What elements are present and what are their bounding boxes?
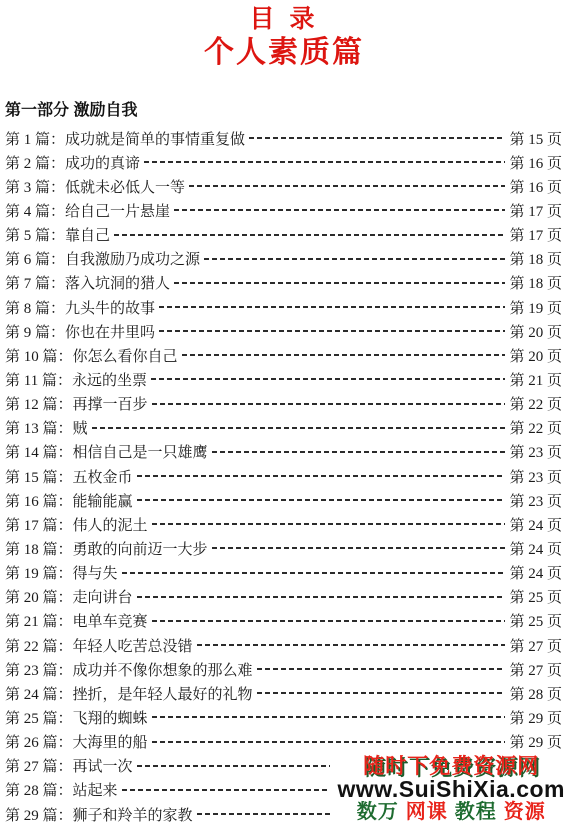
toc-dash-leader [197,644,506,646]
toc-entry-label: 第 13 篇：贼 [5,417,88,438]
toc-dash-leader [204,258,505,260]
toc-entry-page: 第 18 页 [509,272,562,293]
toc-entry: 第 4 篇：给自己一片悬崖 第 17 页 [5,198,562,222]
toc-dash-leader [174,282,505,284]
toc-entry-label: 第 17 篇：伟人的泥土 [5,514,148,535]
page-subtitle: 个人素质篇 [0,35,568,70]
toc-entry-label: 第 8 篇：九头牛的故事 [5,297,155,318]
toc-entry-page: 第 29 页 [509,731,562,752]
toc-dash-leader [189,185,505,187]
toc-entry-label: 第 22 篇：年轻人吃苦总没错 [5,635,193,656]
toc-dash-leader [152,523,506,525]
toc-dash-leader [174,209,505,211]
toc-entry: 第 1 篇：成功就是简单的事情重复做 第 15 页 [5,126,562,150]
toc-dash-leader [182,354,506,356]
toc-entry-label: 第 9 篇：你也在井里吗 [5,321,155,342]
toc-entry-page: 第 17 页 [509,200,562,221]
toc-entry: 第 9 篇：你也在井里吗 第 20 页 [5,319,562,343]
toc-entry-page: 第 18 页 [509,248,562,269]
toc-entry-page: 第 20 页 [509,321,562,342]
toc-entry-page: 第 22 页 [509,393,562,414]
toc-entry: 第 2 篇：成功的真谛 第 16 页 [5,150,562,174]
watermark-tagline-word: 数万 [357,801,399,823]
toc-dash-leader [212,451,506,453]
toc-entry-label: 第 23 篇：成功并不像你想象的那么难 [5,659,253,680]
toc-entry: 第 18 篇：勇敢的向前迈一大步 第 24 页 [5,536,562,560]
toc-entry-label: 第 29 篇：狮子和羚羊的家教 [5,804,193,825]
toc-entry-page: 第 25 页 [509,610,562,631]
toc-entry: 第 24 篇：挫折，是年轻人最好的礼物 第 28 页 [5,681,562,705]
document-page: 目 录 个人素质篇 第一部分 激励自我 第 1 篇：成功就是简单的事情重复做 第… [0,0,568,826]
toc-entry: 第 19 篇：得与失 第 24 页 [5,561,562,585]
toc-entry-label: 第 19 篇：得与失 [5,562,118,583]
toc-dash-leader [152,716,506,718]
toc-entry-label: 第 21 篇：电单车竞赛 [5,610,148,631]
toc-entry: 第 11 篇：永远的坐票 第 21 页 [5,367,562,391]
toc-dash-leader [257,668,506,670]
toc-entry: 第 10 篇：你怎么看你自己 第 20 页 [5,343,562,367]
toc-entry-label: 第 6 篇：自我激励乃成功之源 [5,248,200,269]
toc-entry: 第 6 篇：自我激励乃成功之源 第 18 页 [5,247,562,271]
toc-entry: 第 23 篇：成功并不像你想象的那么难 第 27 页 [5,657,562,681]
toc-entry-page: 第 23 页 [509,490,562,511]
toc-dash-leader [257,692,506,694]
toc-entry-label: 第 25 篇：飞翔的蜘蛛 [5,707,148,728]
toc-entry: 第 3 篇：低就未必低人一等 第 16 页 [5,174,562,198]
toc-entry-label: 第 5 篇：靠自己 [5,224,110,245]
toc-entry-label: 第 12 篇：再撑一百步 [5,393,148,414]
toc-entry: 第 13 篇：贼 第 22 页 [5,416,562,440]
toc-entry-label: 第 7 篇：落入坑洞的猎人 [5,272,170,293]
watermark-tagline-word: 资源 [504,801,546,823]
toc-entry-page: 第 23 页 [509,466,562,487]
toc-entry-page: 第 29 页 [509,707,562,728]
toc-dash-leader [92,427,506,429]
toc-entry: 第 16 篇：能输能赢 第 23 页 [5,488,562,512]
toc-entry-label: 第 20 篇：走向讲台 [5,586,133,607]
toc-dash-leader [151,378,506,380]
toc-entry-page: 第 20 页 [509,345,562,366]
toc-dash-leader [159,330,505,332]
toc-dash-leader [144,161,505,163]
toc-dash-leader [137,596,506,598]
toc-entry-label: 第 14 篇：相信自己是一只雄鹰 [5,441,208,462]
toc-entry-page: 第 24 页 [509,514,562,535]
toc-dash-leader [159,306,505,308]
toc-entry-label: 第 27 篇：再试一次 [5,755,133,776]
section-heading: 第一部分 激励自我 [5,101,568,121]
toc-entry: 第 20 篇：走向讲台 第 25 页 [5,585,562,609]
toc-entry-page: 第 16 页 [509,176,562,197]
toc-entry: 第 22 篇：年轻人吃苦总没错 第 27 页 [5,633,562,657]
toc-dash-leader [137,499,506,501]
toc-entry-page: 第 23 页 [509,441,562,462]
toc-entry-page: 第 19 页 [509,297,562,318]
toc-entry-page: 第 21 页 [509,369,562,390]
toc-entry-label: 第 10 篇：你怎么看你自己 [5,345,178,366]
toc-entry-label: 第 18 篇：勇敢的向前迈一大步 [5,538,208,559]
toc-entry: 第 8 篇：九头牛的故事 第 19 页 [5,295,562,319]
toc-dash-leader [212,547,506,549]
toc-entry-label: 第 2 篇：成功的真谛 [5,152,140,173]
toc-entry: 第 25 篇：飞翔的蜘蛛 第 29 页 [5,705,562,729]
toc-entry-page: 第 17 页 [509,224,562,245]
toc-entry-label: 第 24 篇：挫折，是年轻人最好的礼物 [5,683,253,704]
toc-entry-label: 第 16 篇：能输能赢 [5,490,133,511]
toc-entry-label: 第 3 篇：低就未必低人一等 [5,176,185,197]
toc-entry: 第 7 篇：落入坑洞的猎人 第 18 页 [5,271,562,295]
watermark: 随时下免费资源网 www.SuiShiXia.com 数万网课教程资源 [330,753,568,826]
toc-list: 第 1 篇：成功就是简单的事情重复做 第 15 页 第 2 篇：成功的真谛 第 … [5,126,562,826]
toc-entry-page: 第 27 页 [509,659,562,680]
watermark-tagline: 数万网课教程资源 [338,802,565,823]
toc-entry-page: 第 24 页 [509,562,562,583]
toc-entry-page: 第 16 页 [509,152,562,173]
toc-entry-page: 第 28 页 [509,683,562,704]
toc-entry: 第 21 篇：电单车竞赛 第 25 页 [5,609,562,633]
toc-dash-leader [152,620,506,622]
toc-entry-label: 第 4 篇：给自己一片悬崖 [5,200,170,221]
toc-dash-leader [249,137,505,139]
page-title: 目 录 [0,3,568,35]
toc-entry-page: 第 27 页 [509,635,562,656]
toc-entry-label: 第 11 篇：永远的坐票 [5,369,147,390]
watermark-tagline-word: 教程 [455,801,497,823]
toc-entry-page: 第 24 页 [509,538,562,559]
toc-entry-page: 第 15 页 [509,128,562,149]
toc-dash-leader [152,403,506,405]
toc-entry: 第 14 篇：相信自己是一只雄鹰 第 23 页 [5,440,562,464]
watermark-tagline-word: 网课 [406,801,448,823]
toc-entry-label: 第 28 篇：站起来 [5,779,118,800]
watermark-url: www.SuiShiXia.com [338,778,565,802]
toc-entry-label: 第 15 篇：五枚金币 [5,466,133,487]
toc-dash-leader [114,234,505,236]
toc-entry-label: 第 1 篇：成功就是简单的事情重复做 [5,128,245,149]
toc-entry-page: 第 22 页 [509,417,562,438]
toc-entry: 第 15 篇：五枚金币 第 23 页 [5,464,562,488]
toc-entry: 第 5 篇：靠自己 第 17 页 [5,223,562,247]
toc-entry: 第 26 篇：大海里的船 第 29 页 [5,730,562,754]
toc-dash-leader [122,572,506,574]
toc-entry-label: 第 26 篇：大海里的船 [5,731,148,752]
toc-dash-leader [152,741,506,743]
watermark-site-name: 随时下免费资源网 [338,756,565,778]
toc-entry-page: 第 25 页 [509,586,562,607]
toc-entry: 第 17 篇：伟人的泥土 第 24 页 [5,512,562,536]
toc-entry: 第 12 篇：再撑一百步 第 22 页 [5,392,562,416]
toc-dash-leader [137,475,506,477]
